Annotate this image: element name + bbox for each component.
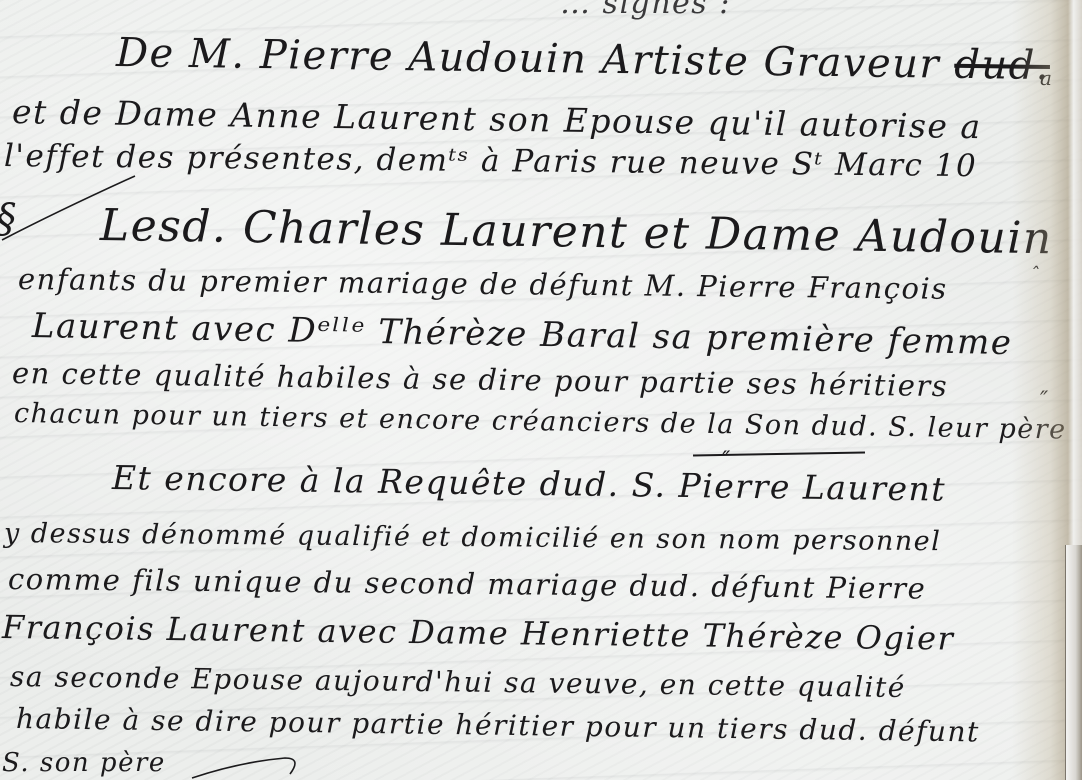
caret-mark: ˆ — [1030, 264, 1041, 285]
manuscript-line-9: Et encore à la Requête dud. S. Pierre La… — [112, 458, 947, 509]
manuscript-line-5: enfants du premier mariage de défunt M. … — [18, 262, 948, 306]
manuscript-line-4: Lesd. Charles Laurent et Dame Audouin — [100, 200, 1053, 264]
manuscript-line-8: chacun pour un tiers et encore créancier… — [14, 398, 1067, 446]
margin-mark-icon: § — [0, 196, 18, 242]
manuscript-line-7: en cette qualité habiles à se dire pour … — [12, 356, 949, 403]
line-3-text: l'effet des présentes, demᵗˢ à Paris rue… — [4, 138, 978, 184]
closing-flourish-icon — [190, 752, 310, 780]
inserted-word: a — [1040, 66, 1053, 90]
manuscript-line-14: habile à se dire pour partie héritier po… — [16, 702, 980, 748]
line-end-mark: ″ — [1040, 388, 1050, 413]
manuscript-line-11: comme fils unique du second mariage dud.… — [8, 562, 927, 606]
page-curl — [1065, 545, 1082, 780]
manuscript-line-1: De M. Pierre Audouin Artiste Graveur dud… — [116, 30, 1051, 89]
manuscript-line-13: sa seconde Epouse aujourd'hui sa veuve, … — [10, 660, 906, 704]
manuscript-line-2: et de Dame Anne Laurent son Epouse qu'il… — [12, 92, 982, 146]
manuscript-page: … signés : § De M. Pierre Audouin Artist… — [0, 0, 1082, 780]
manuscript-line-6: Laurent avec Dᵉˡˡᵉ Thérèze Baral sa prem… — [32, 306, 1013, 363]
manuscript-line-12: François Laurent avec Dame Henriette Thé… — [2, 608, 955, 658]
interlinear-rule — [693, 451, 865, 456]
manuscript-line-3: l'effet des présentes, demᵗˢ à Paris rue… — [4, 138, 978, 184]
top-fragment-text: … signés : — [560, 0, 731, 21]
manuscript-line-10: y dessus dénommé qualifié et domicilié e… — [4, 518, 942, 557]
line-1-text: De M. Pierre Audouin Artiste Graveur — [116, 30, 941, 88]
manuscript-line-15: S. son père — [2, 748, 166, 778]
struck-word: dud. — [954, 42, 1050, 89]
